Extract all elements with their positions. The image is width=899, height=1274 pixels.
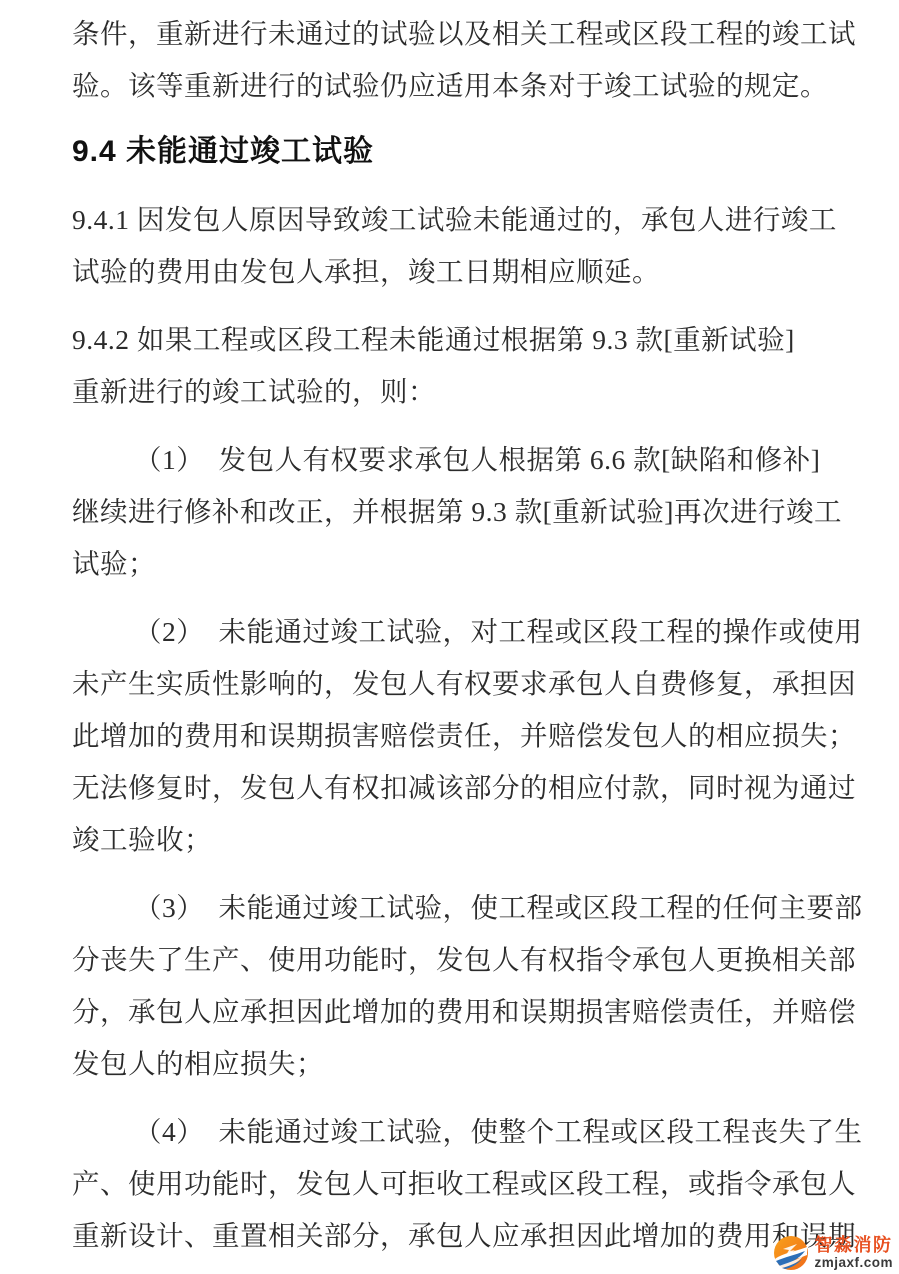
text-line: 继续进行修补和改正，并根据第 9.3 款[重新试验]再次进行竣工 xyxy=(72,486,841,538)
text-line: 9.4.2 如果工程或区段工程未能通过根据第 9.3 款[重新试验] xyxy=(72,314,841,366)
text-line: 分，承包人应承担因此增加的费用和误期损害赔偿责任，并赔偿 xyxy=(72,986,841,1038)
section-heading-9-4: 9.4 未能通过竣工试验 xyxy=(72,126,841,178)
text-line: 试验； xyxy=(72,538,841,590)
text-line: 9.4.1 因发包人原因导致竣工试验未能通过的，承包人进行竣工 xyxy=(72,194,841,246)
watermark-brand-name: 智淼消防 xyxy=(814,1236,893,1254)
text-line: 重新进行的竣工试验的，则： xyxy=(72,366,841,418)
text-line: （1） 发包人有权要求承包人根据第 6.6 款[缺陷和修补] xyxy=(72,434,841,486)
text-line: 未产生实质性影响的，发包人有权要求承包人自费修复，承担因 xyxy=(72,658,841,710)
text-line: 竣工验收； xyxy=(72,814,841,866)
paragraph-continuation: 条件，重新进行未通过的试验以及相关工程或区段工程的竣工试 验。该等重新进行的试验… xyxy=(72,8,841,112)
text-line: 发包人的相应损失； xyxy=(72,1038,841,1090)
fire-protection-logo-icon xyxy=(773,1235,809,1271)
paragraph-clause-9-4-1: 9.4.1 因发包人原因导致竣工试验未能通过的，承包人进行竣工 试验的费用由发包… xyxy=(72,194,841,298)
text-line: 条件，重新进行未通过的试验以及相关工程或区段工程的竣工试 xyxy=(72,8,841,60)
text-line: 此增加的费用和误期损害赔偿责任，并赔偿发包人的相应损失； xyxy=(72,710,841,762)
watermark-website: zmjaxf.com xyxy=(814,1256,893,1270)
watermark-logo: 智淼消防 zmjaxf.com xyxy=(773,1235,893,1271)
text-line: 无法修复时，发包人有权扣减该部分的相应付款，同时视为通过 xyxy=(72,762,841,814)
paragraph-item-2: （2） 未能通过竣工试验，对工程或区段工程的操作或使用 未产生实质性影响的，发包… xyxy=(72,606,841,866)
paragraph-item-3: （3） 未能通过竣工试验，使工程或区段工程的任何主要部 分丧失了生产、使用功能时… xyxy=(72,882,841,1090)
paragraph-clause-9-4-2: 9.4.2 如果工程或区段工程未能通过根据第 9.3 款[重新试验] 重新进行的… xyxy=(72,314,841,418)
text-line: 重新设计、重置相关部分，承包人应承担因此增加的费用和误期 xyxy=(72,1210,841,1262)
text-line: 试验的费用由发包人承担，竣工日期相应顺延。 xyxy=(72,246,841,298)
text-line: 产、使用功能时，发包人可拒收工程或区段工程，或指令承包人 xyxy=(72,1158,841,1210)
document-page: { "page": { "background": "#ffffff", "te… xyxy=(0,0,899,1274)
paragraph-item-4: （4） 未能通过竣工试验，使整个工程或区段工程丧失了生 产、使用功能时，发包人可… xyxy=(72,1106,841,1262)
text-line: 验。该等重新进行的试验仍应适用本条对于竣工试验的规定。 xyxy=(72,60,841,112)
text-line: （3） 未能通过竣工试验，使工程或区段工程的任何主要部 xyxy=(72,882,841,934)
document-body: 条件，重新进行未通过的试验以及相关工程或区段工程的竣工试 验。该等重新进行的试验… xyxy=(0,0,899,1262)
watermark-text: 智淼消防 zmjaxf.com xyxy=(814,1236,893,1270)
text-line: 分丧失了生产、使用功能时，发包人有权指令承包人更换相关部 xyxy=(72,934,841,986)
text-line: （2） 未能通过竣工试验，对工程或区段工程的操作或使用 xyxy=(72,606,841,658)
text-line: （4） 未能通过竣工试验，使整个工程或区段工程丧失了生 xyxy=(72,1106,841,1158)
paragraph-item-1: （1） 发包人有权要求承包人根据第 6.6 款[缺陷和修补] 继续进行修补和改正… xyxy=(72,434,841,590)
